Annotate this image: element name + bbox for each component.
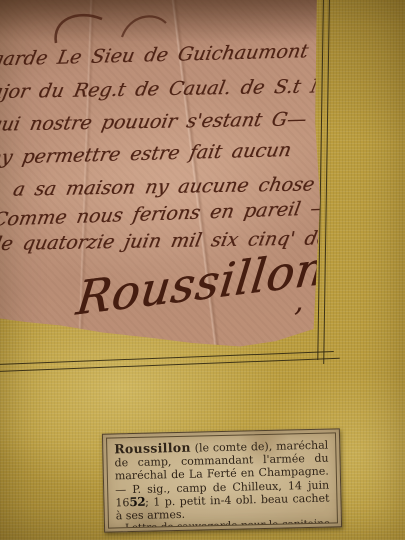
label-description: Roussillon (le comte de), maréchal de ca… <box>114 438 330 523</box>
label-name-lead: Roussillon <box>114 440 191 457</box>
mat-border-inner-horizontal <box>0 351 334 365</box>
mat-border-outer-horizontal <box>0 358 340 372</box>
manuscript-line: ny permettre estre fait aucun <box>0 139 293 169</box>
framed-autograph-photo: garde Le Sieu de Guichaumont — ajor du R… <box>0 0 405 540</box>
manuscript-line: Comme nous ferions en pareil — <box>0 197 332 231</box>
manuscript-line: qui nostre pouuoir s'estant G— <box>0 108 308 136</box>
catalog-label-inner: Roussillon (le comte de), maréchal de ca… <box>106 432 338 528</box>
manuscript-line: a sa maison ny aucune chose <box>11 173 316 200</box>
cutoff-stroke-icon <box>50 5 170 45</box>
mat-border-outer-vertical <box>323 0 330 364</box>
manuscript-paper: garde Le Sieu de Guichaumont — ajor du R… <box>0 0 320 350</box>
catalog-label: Roussillon (le comte de), maréchal de ca… <box>102 428 342 532</box>
signature-flourish-mark: , <box>294 284 304 319</box>
handwritten-year: 52 <box>129 495 145 509</box>
manuscript-line: ajor du Reg.t de Caual. de S.t Mau <box>0 75 356 103</box>
